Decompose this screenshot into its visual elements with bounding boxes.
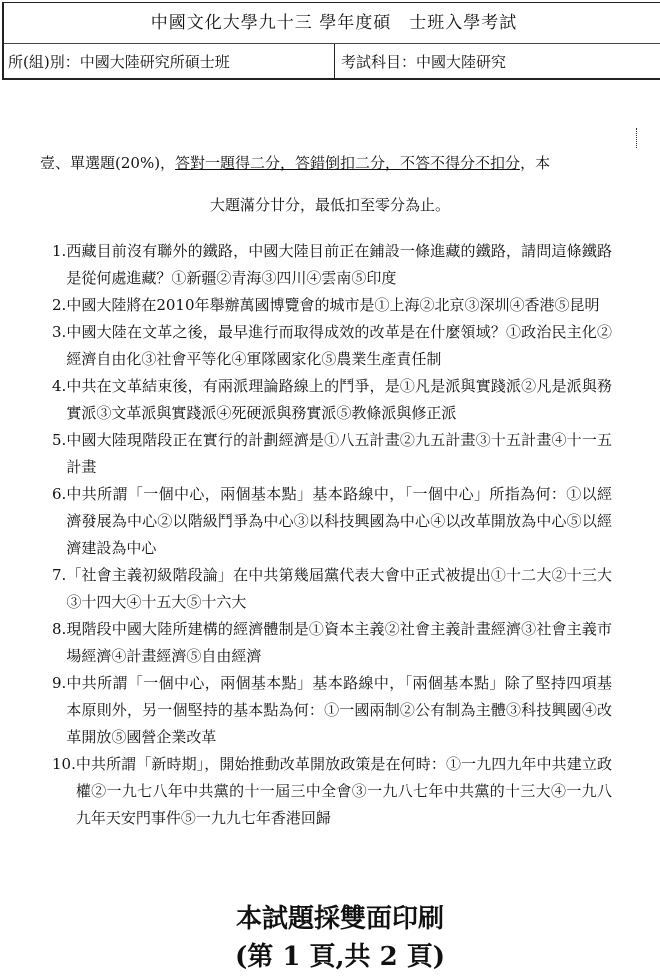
question-item: 10.中共所謂「新時期」，開始推動改革開放政策是在何時：①一九四九年中共建立政權… [52,751,612,832]
question-number: 8. [52,616,66,670]
question-text: 中共所謂「一個中心，兩個基本點」基本路線中，「一個中心」所指為何：①以經濟發展為… [66,481,612,562]
question-item: 6.中共所謂「一個中心，兩個基本點」基本路線中，「一個中心」所指為何：①以經濟發… [52,481,612,562]
question-text: 中國大陸現階段正在實行的計劃經濟是①八五計畫②九五計畫③十五計畫④十一五計畫 [66,427,612,481]
department-label: 所(組)別： [8,53,80,71]
exam-header: 中國文化大學九十三 學年度碩 士班入學考試 所(組)別：中國大陸研究所碩士班 考… [2,2,660,80]
subject-cell: 考試科目：中國大陸研究 [334,44,660,80]
question-item: 8.現階段中國大陸所建構的經濟體制是①資本主義②社會主義計畫經濟③社會主義市場經… [52,616,612,670]
section-title: 壹、單選題(20%)， [40,154,175,172]
question-item: 4.中共在文革結束後，有兩派理論路線上的鬥爭，是①凡是派與實踐派②凡是派與務實派… [52,373,612,427]
margin-mark [636,128,641,148]
question-number: 1. [52,238,66,292]
subject-label: 考試科目： [341,53,416,71]
question-text: 現階段中國大陸所建構的經濟體制是①資本主義②社會主義計畫經濟③社會主義市場經濟④… [66,616,612,670]
question-item: 2.中國大陸將在2010年舉辦萬國博覽會的城市是①上海②北京③深圳④香港⑤昆明 [52,292,612,319]
question-number: 3. [52,319,66,373]
question-number: 9. [52,670,66,751]
question-text: 中共所謂「一個中心，兩個基本點」基本路線中，「兩個基本點」除了堅持四項基本原則外… [66,670,612,751]
question-number: 2. [52,292,66,319]
section-instructions: 壹、單選題(20%)，答對一題得二分，答錯倒扣二分，不答不得分不扣分，本 大題滿… [40,152,620,216]
question-number: 7. [52,562,66,616]
instructions-line-2: 大題滿分廿分，最低扣至零分為止。 [40,194,620,216]
question-number: 5. [52,427,66,481]
question-text: 中國大陸將在2010年舉辦萬國博覽會的城市是①上海②北京③深圳④香港⑤昆明 [66,292,612,319]
department-cell: 所(組)別：中國大陸研究所碩士班 [8,44,334,80]
question-number: 4. [52,373,66,427]
question-list: 1.西藏目前沒有聯外的鐵路，中國大陸目前正在鋪設一條進藏的鐵路，請問這條鐵路是從… [52,238,612,832]
question-item: 9.中共所謂「一個中心，兩個基本點」基本路線中，「兩個基本點」除了堅持四項基本原… [52,670,612,751]
instructions-line-1: 壹、單選題(20%)，答對一題得二分，答錯倒扣二分，不答不得分不扣分，本 [40,152,620,174]
page-footer: 本試題採雙面印刷 (第 1 頁,共 2 頁) [180,900,500,976]
question-number: 6. [52,481,66,562]
question-item: 3.中國大陸在文革之後，最早進行而取得成效的改革是在什麼領域？①政治民主化②經濟… [52,319,612,373]
scoring-rule: 答對一題得二分，答錯倒扣二分，不答不得分不扣分 [175,154,520,172]
question-text: 中國大陸在文革之後，最早進行而取得成效的改革是在什麼領域？①政治民主化②經濟自由… [66,319,612,373]
question-item: 1.西藏目前沒有聯外的鐵路，中國大陸目前正在鋪設一條進藏的鐵路，請問這條鐵路是從… [52,238,612,292]
department-value: 中國大陸研究所碩士班 [80,53,230,71]
question-text: 中共在文革結束後，有兩派理論路線上的鬥爭，是①凡是派與實踐派②凡是派與務實派③文… [66,373,612,427]
question-text: 中共所謂「新時期」，開始推動改革開放政策是在何時：①一九四九年中共建立政權②一九… [76,751,612,832]
exam-info-row: 所(組)別：中國大陸研究所碩士班 考試科目：中國大陸研究 [4,44,660,80]
duplex-notice: 本試題採雙面印刷 [180,900,500,938]
question-text: 「社會主義初級階段論」在中共第幾屆黨代表大會中正式被提出①十二大②十三大③十四大… [66,562,612,616]
page-indicator: (第 1 頁,共 2 頁) [180,938,500,976]
question-item: 7.「社會主義初級階段論」在中共第幾屆黨代表大會中正式被提出①十二大②十三大③十… [52,562,612,616]
subject-value: 中國大陸研究 [416,53,506,71]
question-text: 西藏目前沒有聯外的鐵路，中國大陸目前正在鋪設一條進藏的鐵路，請問這條鐵路是從何處… [66,238,612,292]
question-item: 5.中國大陸現階段正在實行的計劃經濟是①八五計畫②九五計畫③十五計畫④十一五計畫 [52,427,612,481]
exam-title: 中國文化大學九十三 學年度碩 士班入學考試 [4,3,660,44]
question-number: 10. [52,751,76,832]
scoring-rule-tail: ，本 [520,154,550,172]
